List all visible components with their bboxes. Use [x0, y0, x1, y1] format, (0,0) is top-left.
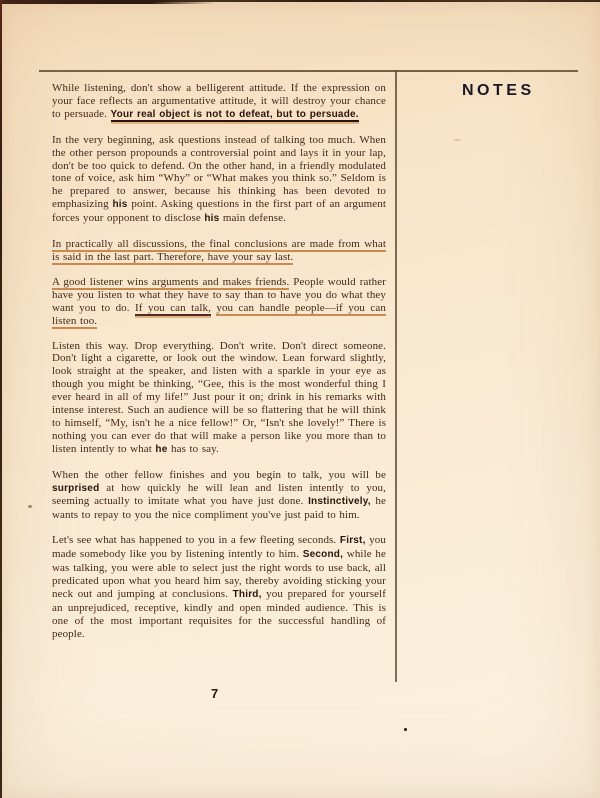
paragraph: When the other fellow finishes and you b…: [52, 469, 386, 523]
emphasis-run: Third,: [233, 589, 262, 600]
paragraph: Let's see what has happened to you in a …: [52, 534, 386, 640]
page-number: 7: [211, 686, 218, 701]
emphasis-run: If you can talk,: [135, 302, 211, 316]
text-run: When the other fellow finishes and you b…: [52, 469, 386, 481]
paragraph: Listen this way. Drop everything. Don't …: [52, 340, 386, 457]
emphasis-run: A good listener wins arguments and makes…: [52, 276, 289, 290]
ink-speck: [404, 728, 407, 731]
notes-column-header: NOTES: [462, 82, 535, 100]
horizontal-rule: [39, 70, 578, 72]
emphasis-run: Instinctively,: [308, 496, 371, 507]
body-text-column: While listening, don't show a belligeren…: [52, 82, 386, 653]
emphasis-run: Second,: [303, 549, 343, 560]
ink-speck: [28, 505, 32, 508]
text-run: Let's see what has happened to you in a …: [52, 534, 340, 546]
emphasis-run: he: [155, 444, 167, 455]
emphasis-run: surprised: [52, 483, 99, 494]
text-run: Listen this way. Drop everything. Don't …: [52, 340, 386, 455]
text-run: main defense.: [219, 212, 286, 224]
paragraph: In the very beginning, ask questions ins…: [52, 134, 386, 226]
paragraph: A good listener wins arguments and makes…: [52, 276, 386, 328]
emphasis-run: his: [204, 213, 219, 224]
emphasis-run: Your real object is not to defeat, but t…: [111, 109, 359, 122]
page-left-edge: [0, 0, 2, 798]
vertical-rule-notes-divider: [395, 70, 397, 682]
emphasis-run: First,: [340, 535, 366, 546]
pencil-speck: [454, 139, 461, 141]
emphasis-run: In practically all discussions, the fina…: [52, 238, 386, 265]
emphasis-run: his: [113, 199, 128, 210]
page-top-edge-shadow: [0, 0, 215, 4]
scanned-book-page: NOTES While listening, don't show a bell…: [0, 0, 600, 798]
text-run: has to say.: [168, 443, 219, 455]
paragraph: In practically all discussions, the fina…: [52, 238, 386, 264]
paragraph: While listening, don't show a belligeren…: [52, 82, 386, 122]
